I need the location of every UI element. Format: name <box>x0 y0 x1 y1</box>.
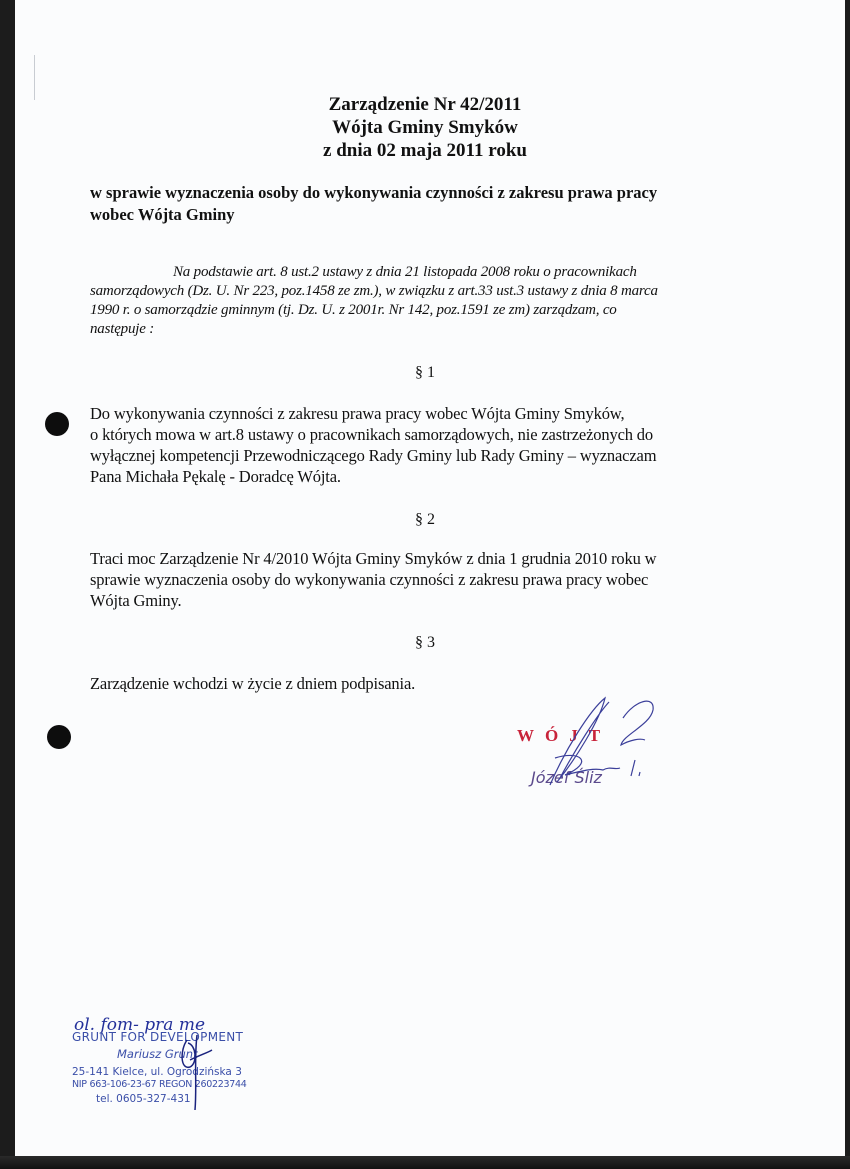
handwritten-signature-icon <box>505 690 675 800</box>
text-line: Traci moc Zarządzenie Nr 4/2010 Wójta Gm… <box>90 548 770 569</box>
text-line: sprawie wyznaczenia osoby do wykonywania… <box>90 569 770 590</box>
received-stamp: ol. fom- pra me GRUNT FOR DEVELOPMENT Ma… <box>72 1015 272 1110</box>
basis-line: Na podstawie art. 8 ust.2 ustawy z dnia … <box>90 263 770 282</box>
scanner-edge <box>0 1156 850 1169</box>
text-line: wyłącznej kompetencji Przewodniczącego R… <box>90 445 770 466</box>
document-title: Zarządzenie Nr 42/2011 <box>0 94 850 116</box>
basis-line: 1990 r. o samorządzie gminnym (tj. Dz. U… <box>90 301 770 320</box>
document-issuer: Wójta Gminy Smyków <box>0 117 850 139</box>
subject-line: wobec Wójta Gminy <box>90 204 760 226</box>
punch-hole <box>47 725 71 749</box>
text-line: o których mowa w art.8 ustawy o pracowni… <box>90 424 770 445</box>
section-2-text: Traci moc Zarządzenie Nr 4/2010 Wójta Gm… <box>90 548 770 611</box>
text-line: Do wykonywania czynności z zakresu prawa… <box>90 403 770 424</box>
section-1-mark: § 1 <box>0 364 850 382</box>
punch-hole <box>45 412 69 436</box>
subject-line: w sprawie wyznaczenia osoby do wykonywan… <box>90 182 760 204</box>
signature-block: WÓJT Józef Śliz <box>505 690 675 800</box>
section-1-text: Do wykonywania czynności z zakresu prawa… <box>90 403 770 487</box>
section-2-mark: § 2 <box>0 511 850 529</box>
document-date: z dnia 02 maja 2011 roku <box>0 140 850 162</box>
basis-line: następuje : <box>90 320 770 339</box>
section-3-mark: § 3 <box>0 634 850 652</box>
text-line: Pana Michała Pękalę - Doradcę Wójta. <box>90 466 770 487</box>
legal-basis: Na podstawie art. 8 ust.2 ustawy z dnia … <box>90 263 770 339</box>
text-line: Wójta Gminy. <box>90 590 770 611</box>
initials-signature-icon <box>72 1015 272 1110</box>
document-subject: w sprawie wyznaczenia osoby do wykonywan… <box>90 182 760 226</box>
basis-line: samorządowych (Dz. U. Nr 223, poz.1458 z… <box>90 282 770 301</box>
